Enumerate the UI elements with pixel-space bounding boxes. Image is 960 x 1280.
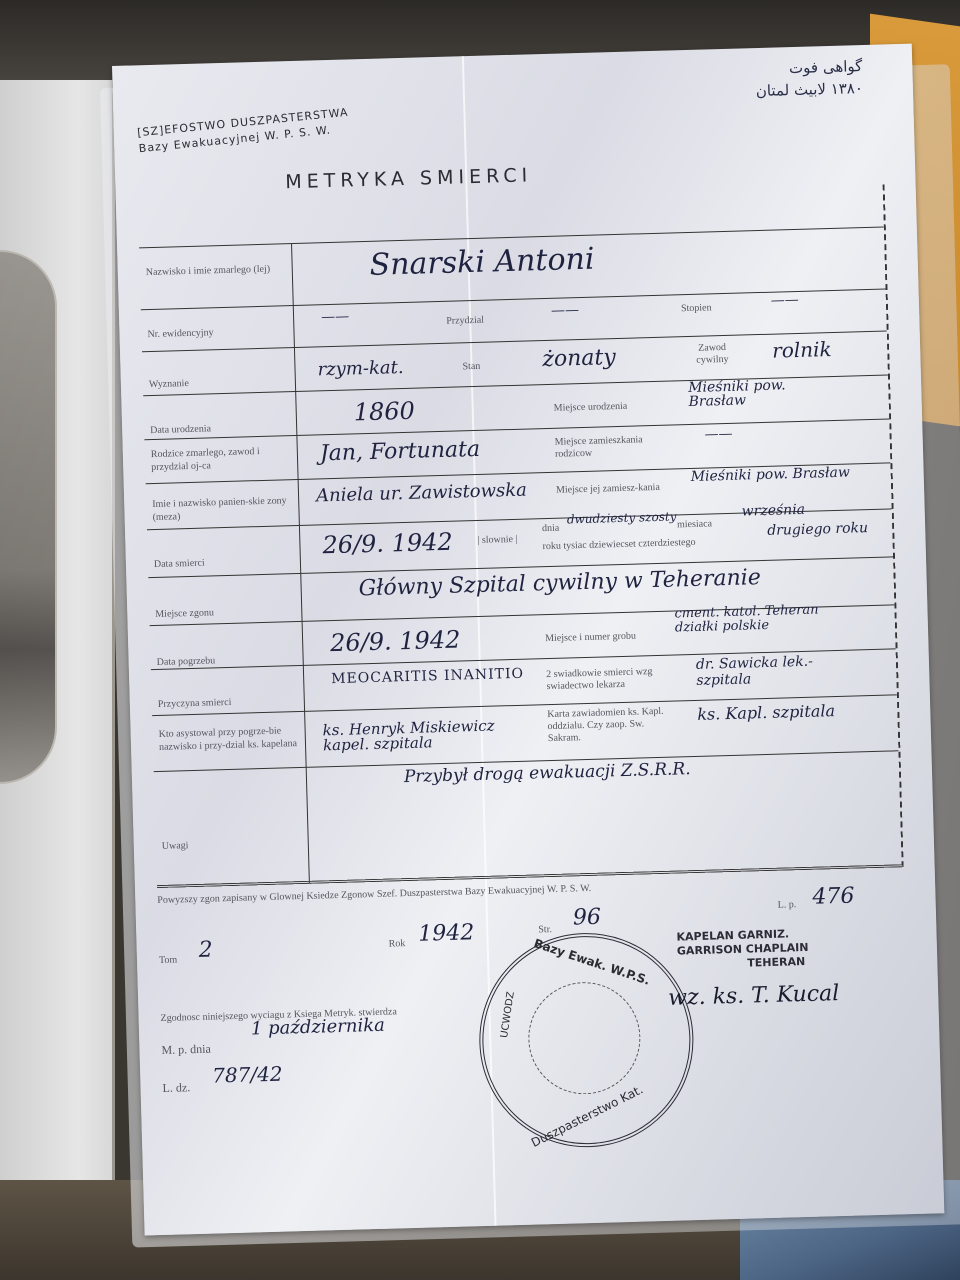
stamp-top-text: Bazy Ewak. W.P.S. [532,936,652,988]
str-value: 96 [573,905,602,931]
handwritten-annotation: گواهی فوت ۱۳۸۰ لابیث لمتان [755,55,863,102]
birth-date-value: 1860 [353,397,415,427]
chaplain-label: Kto asystowal przy pogrze-bie nazwisko i… [159,724,300,754]
occupation-label: Zawod cywilny [682,342,743,368]
stamp-left-text: UCWODZ [499,991,517,1039]
certificate-form: Nazwisko i imie zmarlego (lej) Snarski A… [138,184,904,888]
cause-label: Przyczyna smierci [158,696,232,711]
parents-value: Jan, Fortunata [320,437,481,466]
spouse-residence-value: Mieśniki pow. Brasław [690,465,850,485]
annotation-line-1: گواهی فوت [755,55,863,80]
witness-label: 2 swiadkowie smierci wzg swiadectwo leka… [546,665,682,693]
tom-label: Tom [159,955,178,967]
words-day-label: dnia [542,523,560,535]
grave-label: Miejsce i numer grobu [545,631,636,646]
spouse-residence-label: Miejsce jej zamiesz-kania [556,481,676,496]
words-month-label: miesiaca [677,518,712,531]
words-year-value: drugiego roku [767,520,868,539]
lp-value: 476 [812,884,855,910]
assignment-label: Przydzial [446,315,484,328]
death-certificate: گواهی فوت ۱۳۸۰ لابیث لمتان [SZ]EFOSTWO D… [112,44,944,1236]
status-value: żonaty [542,345,616,372]
sacrament-label: Karta zawiadomien ks. Kapl. oddzialu. Cz… [547,705,678,745]
stamp-inner-ring [527,981,642,1096]
religion-label: Wyznanie [149,377,189,391]
chaplain-value: ks. Henryk Miskiewicz kapel. szpitala [322,718,533,754]
witness-value: dr. Sawicka lek.-szpitala [696,653,847,689]
service-no-label: Nr. ewidencyjny [147,326,213,341]
birth-date-label: Data urodzenia [150,422,211,437]
sacrament-value: ks. Kapl. szpitala [697,701,835,724]
death-date-value: 26/9. 1942 [322,528,453,560]
words-month-value: września [741,502,805,520]
surname-label: Nazwisko i imie zmarlego (lej) [146,263,276,280]
remarks-label: Uwagi [162,839,189,853]
burial-date-value: 26/9. 1942 [330,626,461,658]
rok-value: 1942 [418,920,475,947]
surname-value: Snarski Antoni [369,242,595,283]
parents-label: Rodzice zmarlego, zawod i przydzial oj-c… [151,444,292,474]
rank-value: —— [771,292,799,309]
words-day-value: dwudziesty szosty [567,509,677,526]
birth-place-value: Mieśniki pow. Brasław [688,377,839,409]
date-value: 1 października [251,1015,385,1040]
death-place-value: Główny Szpital cywilny w Teheranie [358,565,761,601]
rank-label: Stopien [681,302,712,315]
grave-value: cment. katol. Teheran działki polskie [674,603,845,636]
ref-value: 787/42 [212,1062,283,1088]
death-place-label: Miejsce zgonu [155,606,214,621]
occupation-value: rolnik [772,337,832,363]
chaplain-signature: wz. ks. T. Kucal [668,981,840,1011]
document-title: METRYKA SMIERCI [285,164,532,193]
row-remarks: Uwagi Przybył drogą ewakuacji Z.S.R.R. [154,750,902,886]
date-label: M. p. dnia [161,1042,211,1058]
rok-label: Rok [388,938,405,949]
binder-left-page [0,80,115,1220]
parents-residence-label: Miejsce zamieszkania rodzicow [555,433,676,460]
spouse-value: Aniela ur. Zawistowska [316,480,527,507]
annotation-line-2: ۱۳۸۰ لابیث لمتان [756,77,864,102]
cause-value: MEOCARITIS INANITIO [331,666,524,687]
words-year-label: roku tysiac dziewiecset czterdziestego [542,537,695,553]
assignment-value: —— [551,302,579,319]
str-label: Str. [538,924,552,935]
official-stamp: Bazy Ewak. W.P.S. UCWODZ Duszpasterstwo … [476,930,696,1150]
lp-label: L. p. [778,899,797,911]
birth-place-label: Miejsce urodzenia [554,401,628,415]
service-no-value: —— [321,308,349,325]
spouse-label: Imie i nazwisko panien-skie zony (meza) [152,494,293,524]
chaplain-stamp: KAPELAN GARNIZ. GARRISON CHAPLAIN TEHERA… [676,927,809,973]
tom-value: 2 [198,938,213,963]
in-words-label: | slownie | [477,534,517,547]
religion-value: rzym-kat. [317,357,404,380]
status-label: Stan [462,361,480,373]
issuer-header: [SZ]EFOSTWO DUSZPASTERSTWA Bazy Ewakuacy… [137,105,351,158]
death-date-label: Data smierci [154,557,205,571]
old-photograph [0,250,57,784]
remarks-value: Przybył drogą ewakuacji Z.S.R.R. [404,759,691,787]
parents-residence-value: —— [704,426,732,443]
ref-label: L. dz. [162,1080,190,1096]
